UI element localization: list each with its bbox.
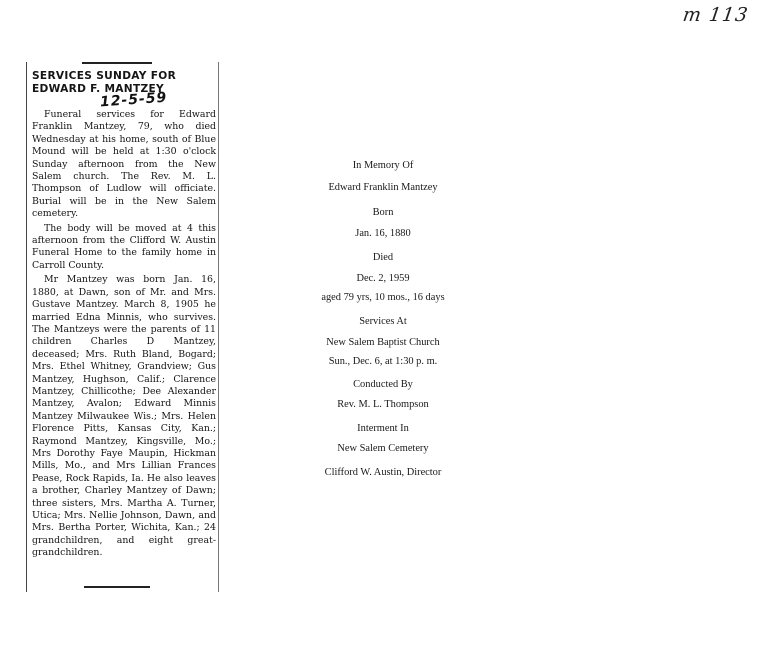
obituary-paragraph: Mr Mantzey was born Jan. 16, 1880, at Da… bbox=[32, 274, 216, 559]
memorial-card-line: Born bbox=[268, 207, 498, 218]
memorial-card-line: New Salem Baptist Church bbox=[268, 337, 498, 348]
headline-line-1: SERVICES SUNDAY FOR bbox=[32, 70, 216, 83]
newspaper-obituary-clipping: SERVICES SUNDAY FOR EDWARD F. MANTZEY Fu… bbox=[26, 62, 220, 592]
clipping-body: SERVICES SUNDAY FOR EDWARD F. MANTZEY Fu… bbox=[32, 70, 216, 562]
memorial-card-line: Conducted By bbox=[268, 379, 498, 390]
handwritten-page-number: m 113 bbox=[681, 4, 749, 26]
top-rule bbox=[82, 62, 152, 64]
memorial-card-line: Clifford W. Austin, Director bbox=[268, 467, 498, 478]
memorial-card-line: Rev. M. L. Thompson bbox=[268, 399, 498, 410]
memorial-card-line: Interment In bbox=[268, 423, 498, 434]
memorial-card-line: New Salem Cemetery bbox=[268, 443, 498, 454]
obituary-paragraph: The body will be moved at 4 this afterno… bbox=[32, 223, 216, 273]
memorial-card-line: Edward Franklin Mantzey bbox=[268, 182, 498, 193]
clipping-right-border bbox=[218, 62, 219, 592]
memorial-card-line: Dec. 2, 1959 bbox=[268, 273, 498, 284]
bottom-rule bbox=[84, 586, 150, 588]
memorial-card-line: Services At bbox=[268, 316, 498, 327]
memorial-card-line: Died bbox=[268, 252, 498, 263]
memorial-card-line: Sun., Dec. 6, at 1:30 p. m. bbox=[268, 356, 498, 367]
memorial-card-line: aged 79 yrs, 10 mos., 16 days bbox=[268, 292, 498, 303]
clipping-left-border bbox=[26, 62, 27, 592]
memorial-card-line: In Memory Of bbox=[268, 160, 498, 171]
memorial-card-line: Jan. 16, 1880 bbox=[268, 228, 498, 239]
obituary-paragraph: Funeral services for Edward Franklin Man… bbox=[32, 109, 216, 221]
